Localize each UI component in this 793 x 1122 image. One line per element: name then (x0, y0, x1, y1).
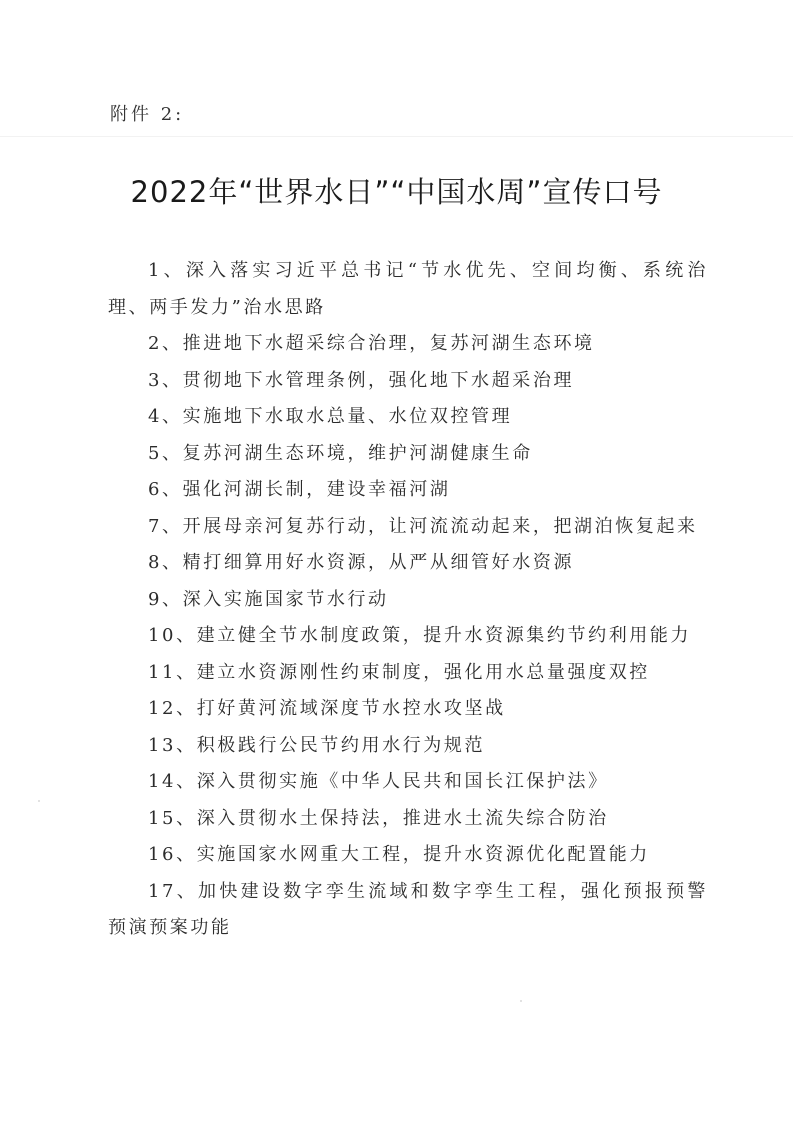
slogan-item-4: 4、实施地下水取水总量、水位双控管理 (108, 399, 708, 436)
slogan-item-12: 12、打好黄河流域深度节水控水攻坚战 (108, 691, 708, 728)
slogan-item-14: 14、深入贯彻实施《中华人民共和国长江保护法》 (108, 764, 708, 801)
slogan-item-15: 15、深入贯彻水土保持法，推进水土流失综合防治 (108, 801, 708, 838)
slogan-item-7: 7、开展母亲河复苏行动，让河流流动起来，把湖泊恢复起来 (108, 509, 708, 546)
slogan-item-13: 13、积极践行公民节约用水行为规范 (108, 728, 708, 765)
slogan-item-3: 3、贯彻地下水管理条例，强化地下水超采治理 (108, 363, 708, 400)
slogan-item-1: 1、深入落实习近平总书记“节水优先、空间均衡、系统治理、两手发力”治水思路 (108, 253, 708, 326)
document-title: 2022年“世界水日”“中国水周”宣传口号 (0, 170, 793, 211)
scan-speck (520, 1000, 522, 1002)
scan-artifact-line (0, 136, 793, 137)
slogan-item-10: 10、建立健全节水制度政策，提升水资源集约节约利用能力 (108, 618, 708, 655)
attachment-label: 附件 2: (110, 100, 184, 126)
slogan-item-5: 5、复苏河湖生态环境，维护河湖健康生命 (108, 436, 708, 473)
slogan-list: 1、深入落实习近平总书记“节水优先、空间均衡、系统治理、两手发力”治水思路 2、… (108, 253, 708, 947)
scan-speck (38, 800, 40, 802)
slogan-item-9: 9、深入实施国家节水行动 (108, 582, 708, 619)
slogan-item-2: 2、推进地下水超采综合治理，复苏河湖生态环境 (108, 326, 708, 363)
slogan-item-17: 17、加快建设数字孪生流域和数字孪生工程，强化预报预警预演预案功能 (108, 874, 708, 947)
slogan-item-16: 16、实施国家水网重大工程，提升水资源优化配置能力 (108, 837, 708, 874)
slogan-item-6: 6、强化河湖长制，建设幸福河湖 (108, 472, 708, 509)
slogan-item-11: 11、建立水资源刚性约束制度，强化用水总量强度双控 (108, 655, 708, 692)
slogan-item-8: 8、精打细算用好水资源，从严从细管好水资源 (108, 545, 708, 582)
